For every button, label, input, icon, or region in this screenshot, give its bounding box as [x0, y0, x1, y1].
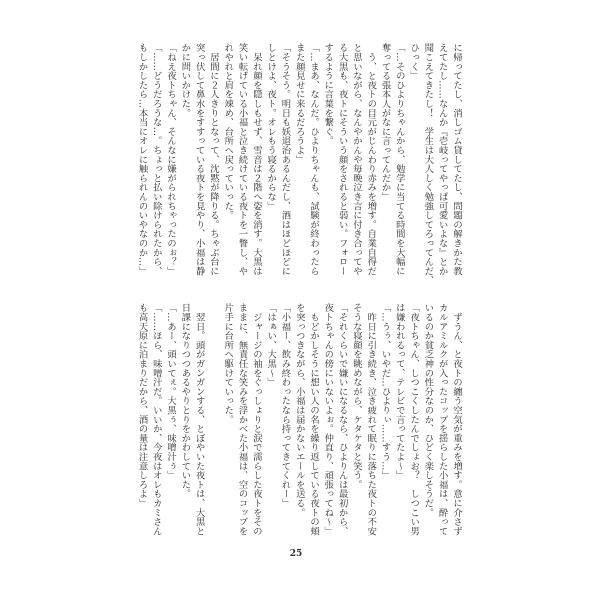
- upper-tier-text-block: に帰ってたし、消しゴム貸してたし、問題の解きかた教 えてたし……なんか『壱岐って…: [134, 43, 463, 279]
- text-column: しとけよ、夜ト。オレもう寝るからな」: [263, 43, 277, 279]
- text-column: ひっく」: [406, 43, 420, 279]
- text-column: もしかしたら…本当にオレに触られんのいやなのか…」: [134, 43, 148, 279]
- text-column: 「ねえ夜トちゃん、そんなに嫌がられちゃったのぉ？」: [163, 43, 177, 279]
- text-column: 「小福ー、飲み終わったなら持ってきてくれー」: [277, 303, 291, 539]
- text-column: う、と夜トの目元がじんわり赤みを増す。自業自得だ: [363, 43, 377, 279]
- text-column: 呆れ顔を隠しもせず、雪音は２階へ姿を消す。大黒は: [249, 43, 263, 279]
- text-column: 片手に台所へ駆けていった。: [220, 303, 234, 539]
- text-column: る大黒も、夜トにそういう顔をされると弱い。フォロー: [334, 43, 348, 279]
- text-column: 「…そのひよりちゃんから、勉学に当てる時間を大幅に: [392, 43, 406, 279]
- text-column: 「それくらいで嫌いになるなら、ひよりんは最初から、: [334, 303, 348, 539]
- text-column: に帰ってたし、消しゴム貸してたし、問題の解きかた教: [449, 43, 463, 279]
- text-column: れやれと肩を竦め、台所へ戻っていった。: [220, 43, 234, 279]
- blank-column: [206, 303, 220, 539]
- book-page: に帰ってたし、消しゴム貸してたし、問題の解きかた教 えてたし……なんか『壱岐って…: [0, 0, 600, 600]
- text-column: 日課になりつつあるやりとりをかわしていた。: [177, 303, 191, 539]
- lower-tier-text-block: ずうん、と夜トの纏う空気が重みを増す。意に介さず カルアミルクが入ったコップを揺…: [134, 303, 463, 539]
- text-column: 昨日に引き続き、泣き疲れて眠りに落ちた夜トの不安: [363, 303, 377, 539]
- text-column: また顔見せに来るだろうよ」: [291, 43, 305, 279]
- text-column: 突っ伏して鼻水をすすっている夜トを見やり、小福は静: [191, 43, 205, 279]
- text-column: するように言葉を繋ぐ。: [320, 43, 334, 279]
- text-column: 「そうそう。明日も妖退治あるんだし、酒はほどほどに: [277, 43, 291, 279]
- text-column: と思いながら、なんやかんや毎晩泣き言に付き合ってや: [349, 43, 363, 279]
- text-column: 「……どうだろうな…。ちょっと払い除けられたから、: [148, 43, 162, 279]
- text-column: 「夜トちゃん、しつこくしたんでしょお？ しつこい男: [406, 303, 420, 539]
- text-column: 居間に２人きりとなって、沈黙が降りる。ちゃぶ台に: [206, 43, 220, 279]
- text-column: いるのか貧乏神の性分なのか、ひどく楽しそうだ。: [420, 303, 434, 539]
- text-column: えてたし……なんか『壱岐ってやっぱ可愛いよな』とか: [434, 43, 448, 279]
- text-column: 翌日。頭がガンガンする、とぼやいた夜トは、大黒と: [191, 303, 205, 539]
- text-column: ずうん、と夜トの纏う空気が重みを増す。意に介さず: [449, 303, 463, 539]
- text-column: 夜トちゃんの傍にいないよぉ。仲直り、頑張ってね～」: [320, 303, 334, 539]
- text-column: カルアミルクが入ったコップを揺らした小福は、酔って: [434, 303, 448, 539]
- text-column: を突っつきながら、小福は届かないエールを送る。: [291, 303, 305, 539]
- text-column: 「……ほら、味噌汁だ。いいか、今夜はオレもカミさん: [148, 303, 162, 539]
- text-column: ジャージの袖をぐっしょりと涙で濡らした夜トをその: [249, 303, 263, 539]
- text-column: は嫌われるって、テレビで言ってたよ～」: [392, 303, 406, 539]
- text-column: かに問いかけた。: [177, 43, 191, 279]
- text-column: 聞こえてきたし！ 学生は大人しく勉強してろってんだ、: [420, 43, 434, 279]
- text-column: 笑い転げている小福と泣き続けている夜トを一瞥し、や: [234, 43, 248, 279]
- text-column: 「…あー、頭いてぇ。大黒ぅ、味噌汁ぅ」: [163, 303, 177, 539]
- text-column: もどかしそうに想い人の名を繰り返している夜トの頬: [306, 303, 320, 539]
- text-column: そうな寝顔を眺めながら、ケタケタと笑う。: [349, 303, 363, 539]
- text-column: も高天原に泊まりだから、酒の量は注意しろよ」: [134, 303, 148, 539]
- page-number: 25: [282, 549, 310, 559]
- text-column: ままに、無責任な笑みを浮かべた小福は、空のコップを: [234, 303, 248, 539]
- text-column: 「はぁい、大黒～」: [263, 303, 277, 539]
- text-column: 「…うぅ、いやだ…ひよりぃ……すう…」: [377, 303, 391, 539]
- text-column: 奪ってる張本人がなに言ってんだか」: [377, 43, 391, 279]
- text-column: 「…まあ、なんだ。ひよりちゃんも、試験が終わったら: [306, 43, 320, 279]
